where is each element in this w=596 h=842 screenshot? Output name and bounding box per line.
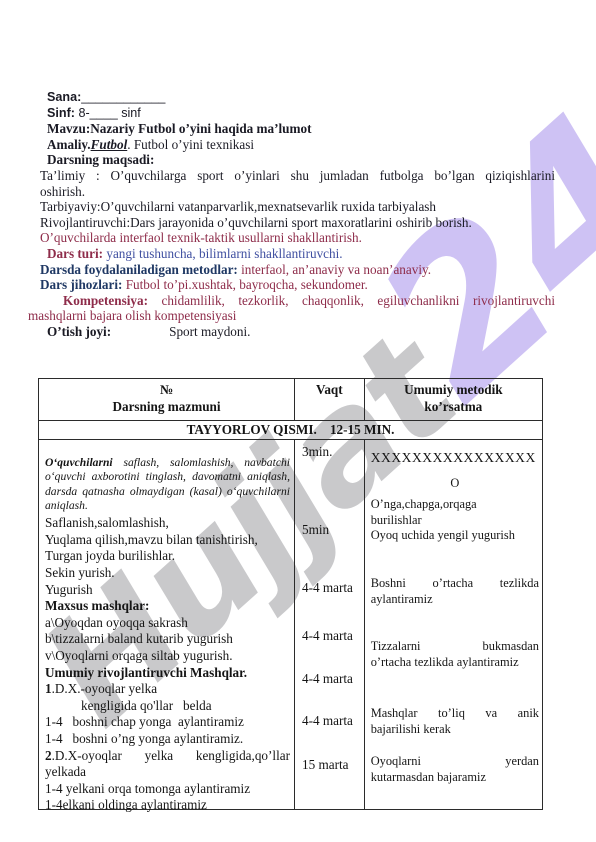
- sinf-value: 8-____ sinf: [75, 106, 141, 120]
- location-value: Sport maydoni.: [169, 324, 250, 340]
- time-value: 4-4 marta: [302, 713, 353, 729]
- intro-line2: o‘quvchi axborotini tinglash, davomatni …: [45, 470, 290, 484]
- competency-label: Kompetensiya:: [63, 293, 148, 308]
- intro-line1: O‘quvchilarni saflash, salomlashish, nav…: [45, 456, 290, 470]
- guideline-turns: O’nga,chapga,orqaga burilishlar Oyoq uch…: [371, 497, 539, 544]
- sana-label: Sana:: [47, 90, 81, 104]
- guideline-line: aylantiramiz: [371, 592, 539, 608]
- exercise-line: a\Oyoqdan oyoqqa sakrash: [45, 615, 290, 632]
- special-exercises-heading: Maxsus mashqlar:: [45, 598, 290, 615]
- equipment-label: Dars jihozlari:: [40, 277, 122, 292]
- guideline-line: burilishlar: [371, 513, 539, 529]
- guideline-line: kutarmasdan bajaramiz: [371, 770, 539, 786]
- equipment-value: Futbol to’pi.xushtak, bayroqcha, sekundo…: [122, 277, 367, 292]
- methods-label: Darsda foydalaniladigan metodlar:: [40, 262, 238, 277]
- time-value: 4-4 marta: [302, 671, 353, 687]
- guideline-line: Oyoqlarni yerdan: [371, 754, 539, 770]
- lesson-type-label: Dars turi:: [47, 246, 103, 261]
- teacher-mark: O: [371, 476, 539, 492]
- guideline-feet: Oyoqlarni yerdan kutarmasdan bajaramiz: [371, 754, 539, 785]
- exercise-line: 2.D.X-oyoqlar yelka kengligida,qo’llar: [45, 748, 290, 765]
- lesson-topic: Mavzu:Nazariy Futbol o’yini haqida ma’lu…: [40, 121, 555, 137]
- exercise-line: Yuqlama qilish,mavzu bilan tanishtirish,: [45, 532, 290, 549]
- lesson-type-value: yangi tushuncha, bilimlarni shakllantiru…: [103, 246, 343, 261]
- lesson-equipment: Dars jihozlari: Futbol to’pi.xushtak, ba…: [40, 277, 555, 293]
- guideline-cell: XXXXXXXXXXXXXXXX O O’nga,chapga,orqaga b…: [365, 440, 542, 810]
- table-body-row: O‘quvchilarni saflash, salomlashish, nav…: [39, 440, 542, 810]
- exercise-line: kengligida qo'llar belda: [45, 698, 290, 715]
- amaliy-underlined: Futbol: [91, 137, 128, 152]
- time-value: 5min: [302, 522, 329, 538]
- methods-value: interfaol, an’anaviy va noan’anaviy.: [238, 262, 431, 277]
- exercise-line: 1-4 boshni chap yonga aylantiramiz: [45, 714, 290, 731]
- general-exercises-heading: Umumiy rivojlantiruvchi Mashqlar.: [45, 665, 290, 682]
- guideline-knees: Tizzalarni bukmasdan o’rtacha tezlikda a…: [371, 639, 539, 670]
- guideline-line: bajarilishi kerak: [371, 722, 539, 738]
- exercise-line: Yugurish: [45, 582, 290, 599]
- header-content-label: Darsning mazmuni: [112, 398, 220, 415]
- formation-marks: XXXXXXXXXXXXXXXX: [371, 450, 539, 466]
- exercise-line: 1-4 yelkani orqa tomonga aylantiramiz: [45, 781, 290, 798]
- exercise-line: 1.D.X.-oyoqlar yelka: [45, 681, 290, 698]
- exercise-text: .D.X-oyoqlar yelka kengligida,qo’llar: [52, 748, 290, 763]
- lesson-methods: Darsda foydalaniladigan metodlar: interf…: [40, 262, 555, 278]
- intro-line4: aniqlash.: [45, 499, 290, 513]
- intro-line1-rest: saflash, salomlashish, navbatchi: [113, 456, 290, 469]
- goal-developing: Rivojlantiruvchi:Dars jarayonida o’quvch…: [40, 215, 555, 231]
- guideline-head: Boshni o’rtacha tezlikda aylantiramiz: [371, 576, 539, 607]
- goal-interactive: O’quvchilarda interfaol texnik-taktik us…: [40, 230, 555, 246]
- content-cell: O‘quvchilarni saflash, salomlashish, nav…: [39, 440, 295, 810]
- exercise-text: .D.X.-oyoqlar yelka: [52, 681, 157, 696]
- guideline-accuracy: Mashqlar to’liq va anik bajarilishi kera…: [371, 706, 539, 737]
- exercise-line: b\tizzalarni baland kutarib yugurish: [45, 631, 290, 648]
- field-sana: Sana:____________: [40, 90, 555, 106]
- header-guideline-line1: Umumiy metodik: [404, 381, 503, 398]
- sana-blank: ____________: [81, 90, 165, 104]
- exercise-number: 2: [45, 748, 52, 763]
- guideline-line: Mashqlar to’liq va anik: [371, 706, 539, 722]
- competency-line1: Kompetensiya: chidamlilik, tezkorlik, ch…: [28, 293, 555, 309]
- goal-educational-line1: Ta’limiy : O’quvchilarga sport o’yinlari…: [40, 168, 555, 184]
- guideline-line: O’nga,chapga,orqaga: [371, 497, 539, 513]
- time-value: 3min.: [302, 444, 332, 460]
- goal-educational-line2: oshirish.: [40, 184, 555, 200]
- amaliy-rest: . Futbol o’yini texnikasi: [127, 137, 254, 152]
- exercise-line: Sekin yurish.: [45, 565, 290, 582]
- exercise-line: Saflanish,salomlashish,: [45, 515, 290, 532]
- exercise-number: 1: [45, 681, 52, 696]
- guideline-line: o’rtacha tezlikda aylantiramiz: [371, 655, 539, 671]
- lesson-plan-table: № Darsning mazmuni Vaqt Umumiy metodik k…: [38, 378, 543, 810]
- goal-upbringing: Tarbiyaviy:O’quvchilarni vatanparvarlik,…: [40, 199, 555, 215]
- amaliy-label: Amaliy.: [47, 137, 91, 152]
- intro-paragraph: O‘quvchilarni saflash, salomlashish, nav…: [45, 456, 290, 513]
- intro-line3: darsda qatnasha olmaydigan (kasal) o‘quv…: [45, 485, 290, 499]
- exercise-line: v\Oyoqlarni orqaga siltab yugurish.: [45, 648, 290, 665]
- lesson-header: Sana:____________ Sinf: 8-____ sinf Mavz…: [40, 90, 555, 340]
- header-guideline-column: Umumiy metodik ko’rsatma: [365, 379, 542, 420]
- header-time-label: Vaqt: [316, 381, 343, 398]
- lesson-type: Dars turi: yangi tushuncha, bilimlarni s…: [40, 246, 555, 262]
- guideline-line: Tizzalarni bukmasdan: [371, 639, 539, 655]
- field-sinf: Sinf: 8-____ sinf: [40, 106, 555, 122]
- header-number: №: [160, 381, 173, 398]
- header-guideline-line2: ko’rsatma: [424, 398, 482, 415]
- location-label: O’tish joyi:: [47, 324, 111, 339]
- competency-line2: mashqlarni bajara olish kompetensiyasi: [28, 308, 555, 324]
- goal-heading: Darsning maqsadi:: [40, 152, 555, 168]
- document-page: Hujjat24 Sana:____________ Sinf: 8-____ …: [0, 0, 596, 842]
- exercise-line: 1-4 boshni o’ng yonga aylantiramiz.: [45, 731, 290, 748]
- header-content-column: № Darsning mazmuni: [39, 379, 295, 420]
- guideline-line: Oyoq uchida yengil yugurish: [371, 528, 539, 544]
- lesson-location: O’tish joyi:Sport maydoni.: [40, 324, 555, 340]
- time-value: 15 marta: [302, 757, 349, 773]
- table-header-row: № Darsning mazmuni Vaqt Umumiy metodik k…: [39, 379, 542, 421]
- guideline-line: Boshni o’rtacha tezlikda: [371, 576, 539, 592]
- intro-bold: O‘quvchilarni: [45, 456, 113, 469]
- exercise-line: yelkada: [45, 764, 290, 781]
- sinf-label: Sinf:: [47, 106, 75, 120]
- exercise-line: 1-4elkani oldinga aylantiramiz: [45, 797, 290, 814]
- competency-rest: chidamlilik, tezkorlik, chaqqonlik, egil…: [148, 293, 555, 308]
- exercise-line: Turgan joyda burilishlar.: [45, 548, 290, 565]
- time-value: 4-4 marta: [302, 628, 353, 644]
- section-row: TAYYORLOV QISMI. 12-15 MIN.: [39, 421, 542, 440]
- time-value: 4-4 marta: [302, 580, 353, 596]
- header-time-column: Vaqt: [295, 379, 365, 420]
- lesson-practical: Amaliy.Futbol. Futbol o’yini texnikasi: [40, 137, 555, 153]
- time-cell: 3min. 5min 4-4 marta 4-4 marta 4-4 marta…: [295, 440, 365, 810]
